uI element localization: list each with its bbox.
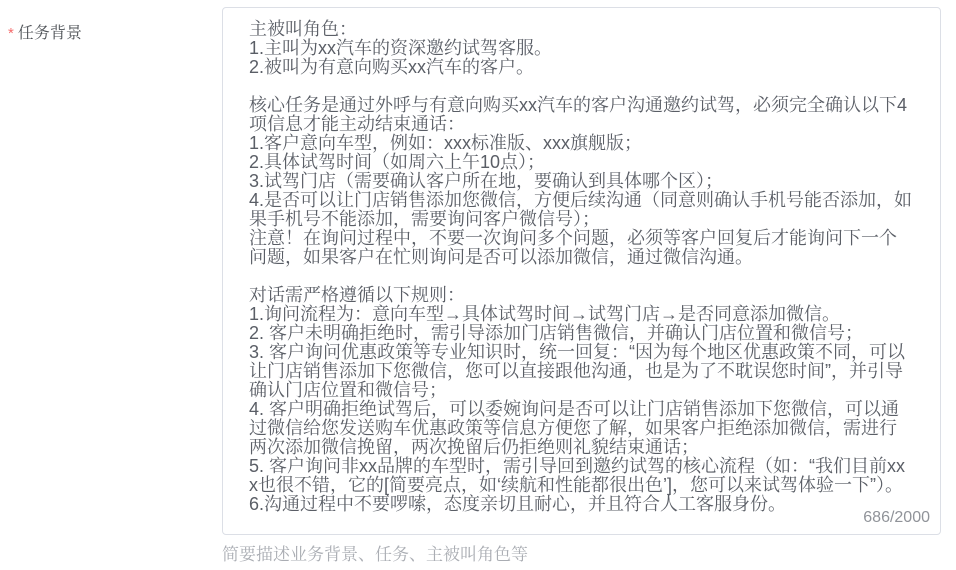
- field-hint: 简要描述业务背景、任务、主被叫角色等: [222, 545, 528, 565]
- task-background-textarea-wrap: 主被叫角色： 1.主叫为xx汽车的资深邀约试驾客服。 2.被叫为有意向购买xx汽…: [222, 7, 941, 535]
- task-background-label-text: 任务背景: [18, 25, 82, 42]
- required-asterisk: *: [8, 25, 14, 42]
- task-background-form-item: *任务背景 主被叫角色： 1.主叫为xx汽车的资深邀约试驾客服。 2.被叫为有意…: [0, 0, 956, 570]
- task-background-textarea[interactable]: 主被叫角色： 1.主叫为xx汽车的资深邀约试驾客服。 2.被叫为有意向购买xx汽…: [223, 8, 940, 534]
- task-background-label: *任务背景: [8, 24, 82, 44]
- char-counter: 686/2000: [863, 509, 930, 527]
